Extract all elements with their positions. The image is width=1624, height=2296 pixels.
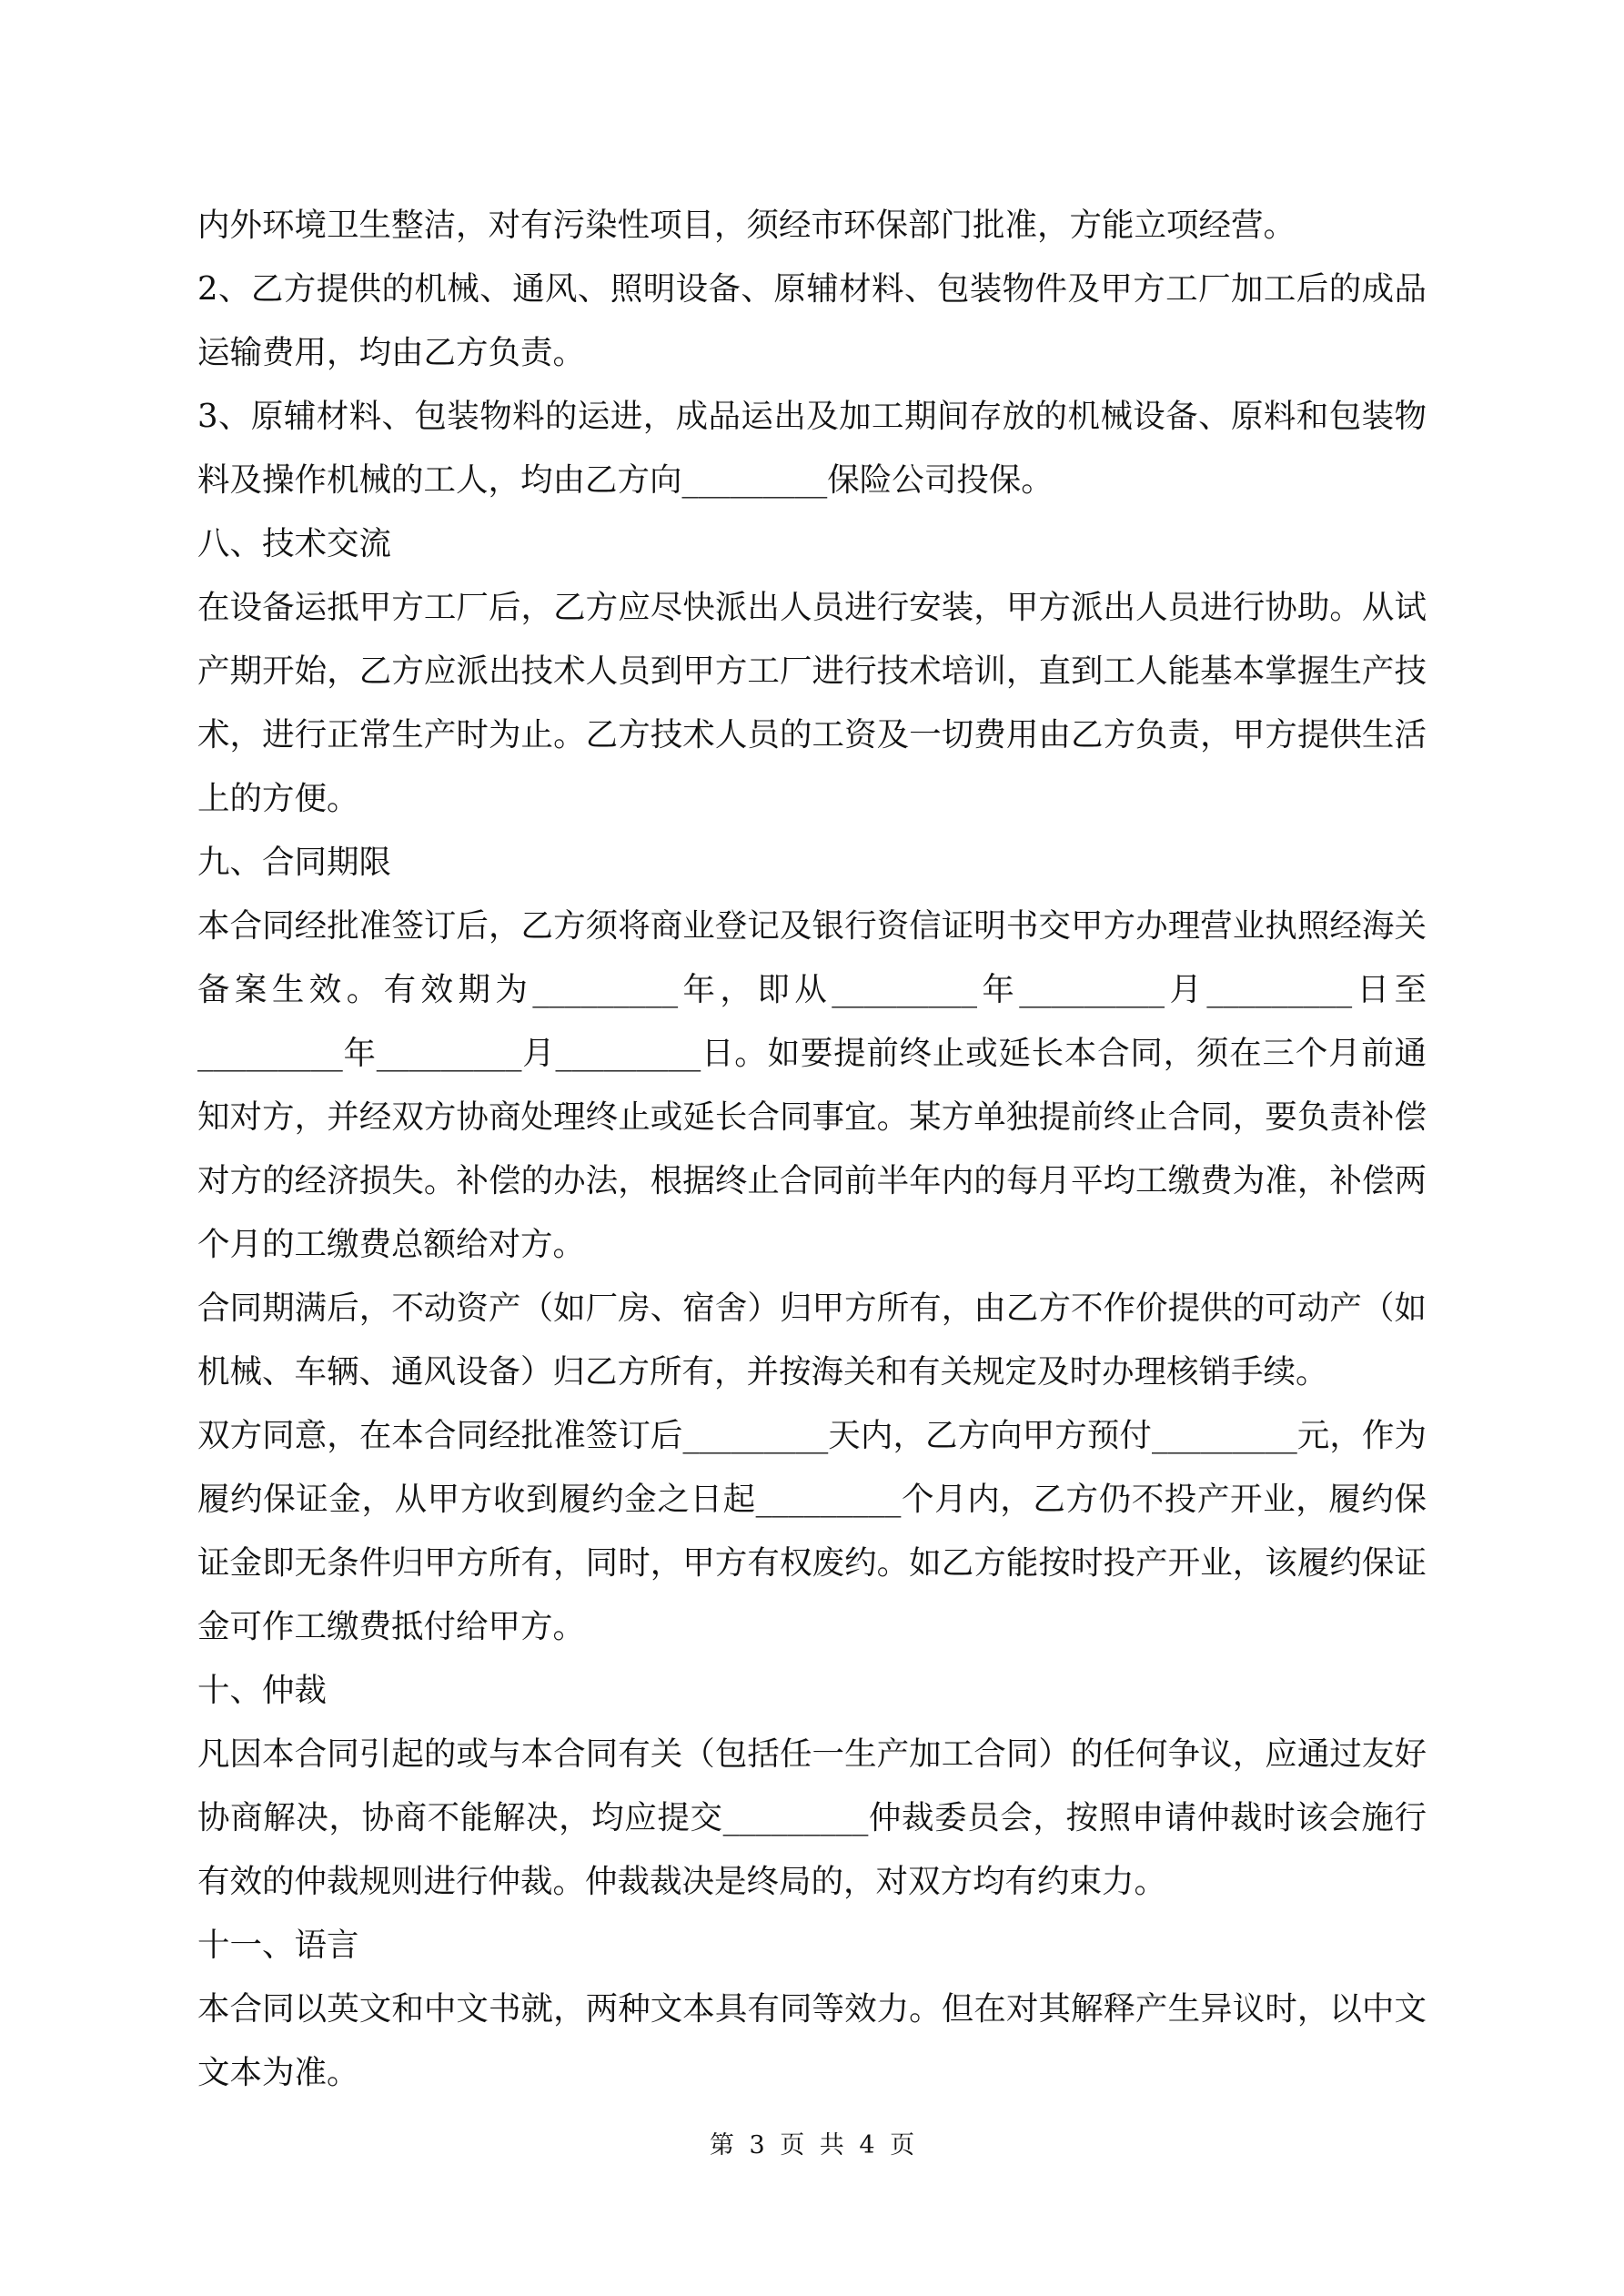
paragraph-line: 本合同以英文和中文书就，两种文本具有同等效力。但在对其解释产生异议时，以中文 <box>197 1977 1427 2041</box>
paragraph-line-with-blank: 双方同意，在本合同经批准签订后_________天内，乙方向甲方预付______… <box>197 1404 1427 1468</box>
section-heading-contract-term: 九、合同期限 <box>197 831 1427 895</box>
section-heading-technical-exchange: 八、技术交流 <box>197 512 1427 576</box>
clause-3-line: 3、原辅材料、包装物料的运进，成品运出及加工期间存放的机械设备、原料和包装物 <box>197 385 1427 449</box>
paragraph-line: 有效的仲裁规则进行仲裁。仲裁裁决是终局的，对双方均有约束力。 <box>197 1850 1427 1914</box>
paragraph-line: 合同期满后，不动资产（如厂房、宿舍）归甲方所有，由乙方不作价提供的可动产（如 <box>197 1277 1427 1340</box>
contract-body: 内外环境卫生整洁，对有污染性项目，须经市环保部门批准，方能立项经营。 2、乙方提… <box>197 194 1427 2105</box>
paragraph-line: 对方的经济损失。补偿的办法，根据终止合同前半年内的每月平均工缴费为准，补偿两 <box>197 1149 1427 1213</box>
paragraph-line: 个月的工缴费总额给对方。 <box>197 1213 1427 1277</box>
paragraph-line: 文本为准。 <box>197 2041 1427 2105</box>
paragraph-line-with-blank: 料及操作机械的工人，均由乙方向_________保险公司投保。 <box>197 449 1427 512</box>
paragraph-line-with-date-blanks: 备案生效。有效期为_________年，即从_________年________… <box>197 958 1427 1022</box>
paragraph-line: 上的方便。 <box>197 767 1427 831</box>
paragraph-line: 机械、车辆、通风设备）归乙方所有，并按海关和有关规定及时办理核销手续。 <box>197 1340 1427 1404</box>
paragraph-line: 在设备运抵甲方工厂后，乙方应尽快派出人员进行安装，甲方派出人员进行协助。从试 <box>197 576 1427 640</box>
paragraph-line-with-date-blanks: _________年_________月_________日。如要提前终止或延长… <box>197 1022 1427 1086</box>
paragraph-line-with-blank: 履约保证金，从甲方收到履约金之日起_________个月内，乙方仍不投产开业，履… <box>197 1468 1427 1532</box>
paragraph-line: 凡因本合同引起的或与本合同有关（包括任一生产加工合同）的任何争议，应通过友好 <box>197 1723 1427 1786</box>
document-page: 内外环境卫生整洁，对有污染性项目，须经市环保部门批准，方能立项经营。 2、乙方提… <box>0 0 1624 2296</box>
clause-2-line: 2、乙方提供的机械、通风、照明设备、原辅材料、包装物件及甲方工厂加工后的成品 <box>197 258 1427 321</box>
section-heading-language: 十一、语言 <box>197 1914 1427 1977</box>
paragraph-line: 证金即无条件归甲方所有，同时，甲方有权废约。如乙方能按时投产开业，该履约保证 <box>197 1532 1427 1595</box>
paragraph-line: 本合同经批准签订后，乙方须将商业登记及银行资信证明书交甲方办理营业执照经海关 <box>197 895 1427 958</box>
paragraph-line: 知对方，并经双方协商处理终止或延长合同事宜。某方单独提前终止合同，要负责补偿 <box>197 1086 1427 1149</box>
page-number-footer: 第 3 页 共 4 页 <box>0 2129 1624 2162</box>
paragraph-line: 金可作工缴费抵付给甲方。 <box>197 1595 1427 1659</box>
section-heading-arbitration: 十、仲裁 <box>197 1659 1427 1723</box>
paragraph-line: 运输费用，均由乙方负责。 <box>197 321 1427 385</box>
paragraph-line-with-blank: 协商解决，协商不能解决，均应提交_________仲裁委员会，按照申请仲裁时该会… <box>197 1786 1427 1850</box>
paragraph-line: 术，进行正常生产时为止。乙方技术人员的工资及一切费用由乙方负责，甲方提供生活 <box>197 703 1427 767</box>
paragraph-line: 内外环境卫生整洁，对有污染性项目，须经市环保部门批准，方能立项经营。 <box>197 194 1427 258</box>
paragraph-line: 产期开始，乙方应派出技术人员到甲方工厂进行技术培训，直到工人能基本掌握生产技 <box>197 640 1427 703</box>
